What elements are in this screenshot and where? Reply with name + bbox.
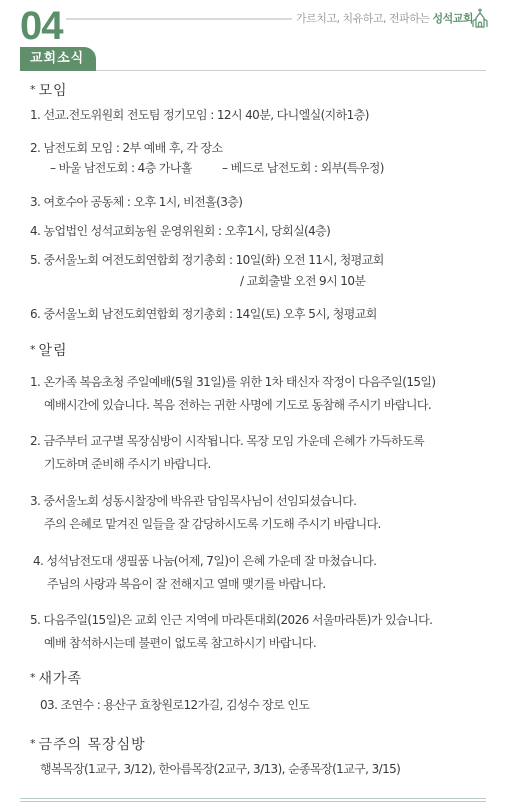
notice-item: 1. 온가족 복음초청 주일예배(5월 31일)를 위한 1차 태신자 작정이 … — [30, 373, 436, 390]
meeting-subitem: – 베드로 남전도회 : 외부(특우정) — [222, 159, 384, 176]
header-divider — [66, 18, 292, 20]
visitation-item: 행복목장(1교구, 3/12), 한아름목장(2교구, 3/13), 순종목장(… — [40, 760, 400, 777]
meeting-item: 6. 중서울노회 남전도회연합회 정기총회 : 14일(토) 오후 5시, 청평… — [30, 305, 377, 322]
meeting-item: 3. 여호수아 공동체 : 오후 1시, 비전홀(3층) — [30, 193, 242, 210]
notice-item-continuation: 주님의 사랑과 복음이 잘 전해지고 열매 맺기를 바랍니다. — [47, 575, 326, 592]
notice-item: 5. 다음주일(15일)은 교회 인근 지역에 마라톤대회(2026 서울마라톤… — [30, 611, 432, 628]
meeting-item: 4. 농업법인 성석교회농원 운영위원회 : 오후1시, 당회실(4층) — [30, 222, 330, 239]
church-name: 성석교회 — [433, 12, 474, 25]
notice-item: 3. 중서울노회 성동시찰장에 박유관 담임목사님이 선임되셨습니다. — [30, 492, 356, 509]
church-tagline: 가르치고, 치유하고, 전파하는 성석교회 — [296, 10, 473, 26]
new-family-item: 03. 조연수 : 용산구 효창원로12가길, 김성수 장로 인도 — [40, 696, 309, 713]
notice-item-continuation: 예배시간에 있습니다. 복음 전하는 귀한 사명에 기도로 동참해 주시기 바랍… — [44, 396, 431, 413]
section-title-notices: *알림 — [30, 340, 68, 360]
section-title-meetings: *모임 — [30, 80, 68, 100]
church-icon — [472, 8, 488, 28]
meeting-item: 5. 중서울노회 여전도회연합회 정기총회 : 10일(화) 오전 11시, 청… — [30, 251, 384, 268]
notice-item: 4. 성석남전도대 생필품 나눔(어제, 7일)이 은혜 가운데 잘 마쳤습니다… — [33, 552, 376, 569]
page-header: 04 가르치고, 치유하고, 전파하는 성석교회 교회소식 — [0, 0, 515, 75]
meeting-item-continuation: / 교회출발 오전 9시 10분 — [240, 272, 365, 289]
meeting-subitem: – 바울 남전도회 : 4층 가나홀 — [50, 159, 192, 176]
notice-item-continuation: 주의 은혜로 맡겨진 일들을 잘 감당하시도록 기도해 주시기 바랍니다. — [44, 515, 381, 532]
notice-item-continuation: 기도하며 준비해 주시기 바랍니다. — [44, 455, 211, 472]
section-tab-church-news: 교회소식 — [20, 47, 96, 71]
tab-underline — [96, 70, 486, 71]
page-number: 04 — [20, 4, 63, 48]
meeting-item: 1. 선교.전도위원회 전도팀 정기모임 : 12시 40분, 다니엘실(지하1… — [30, 106, 369, 123]
meeting-item: 2. 남전도회 모임 : 2부 예배 후, 각 장소 — [30, 139, 223, 156]
section-title-visitation: *금주의 목장심방 — [30, 734, 146, 754]
section-title-new-family: *새가족 — [30, 668, 82, 688]
notice-item-continuation: 예배 참석하시는데 불편이 없도록 참고하시기 바랍니다. — [44, 634, 316, 651]
footer-divider — [20, 798, 486, 802]
notice-item: 2. 금주부터 교구별 목장심방이 시작됩니다. 목장 모임 가운데 은혜가 가… — [30, 432, 424, 449]
tagline-text: 가르치고, 치유하고, 전파하는 — [296, 12, 433, 25]
